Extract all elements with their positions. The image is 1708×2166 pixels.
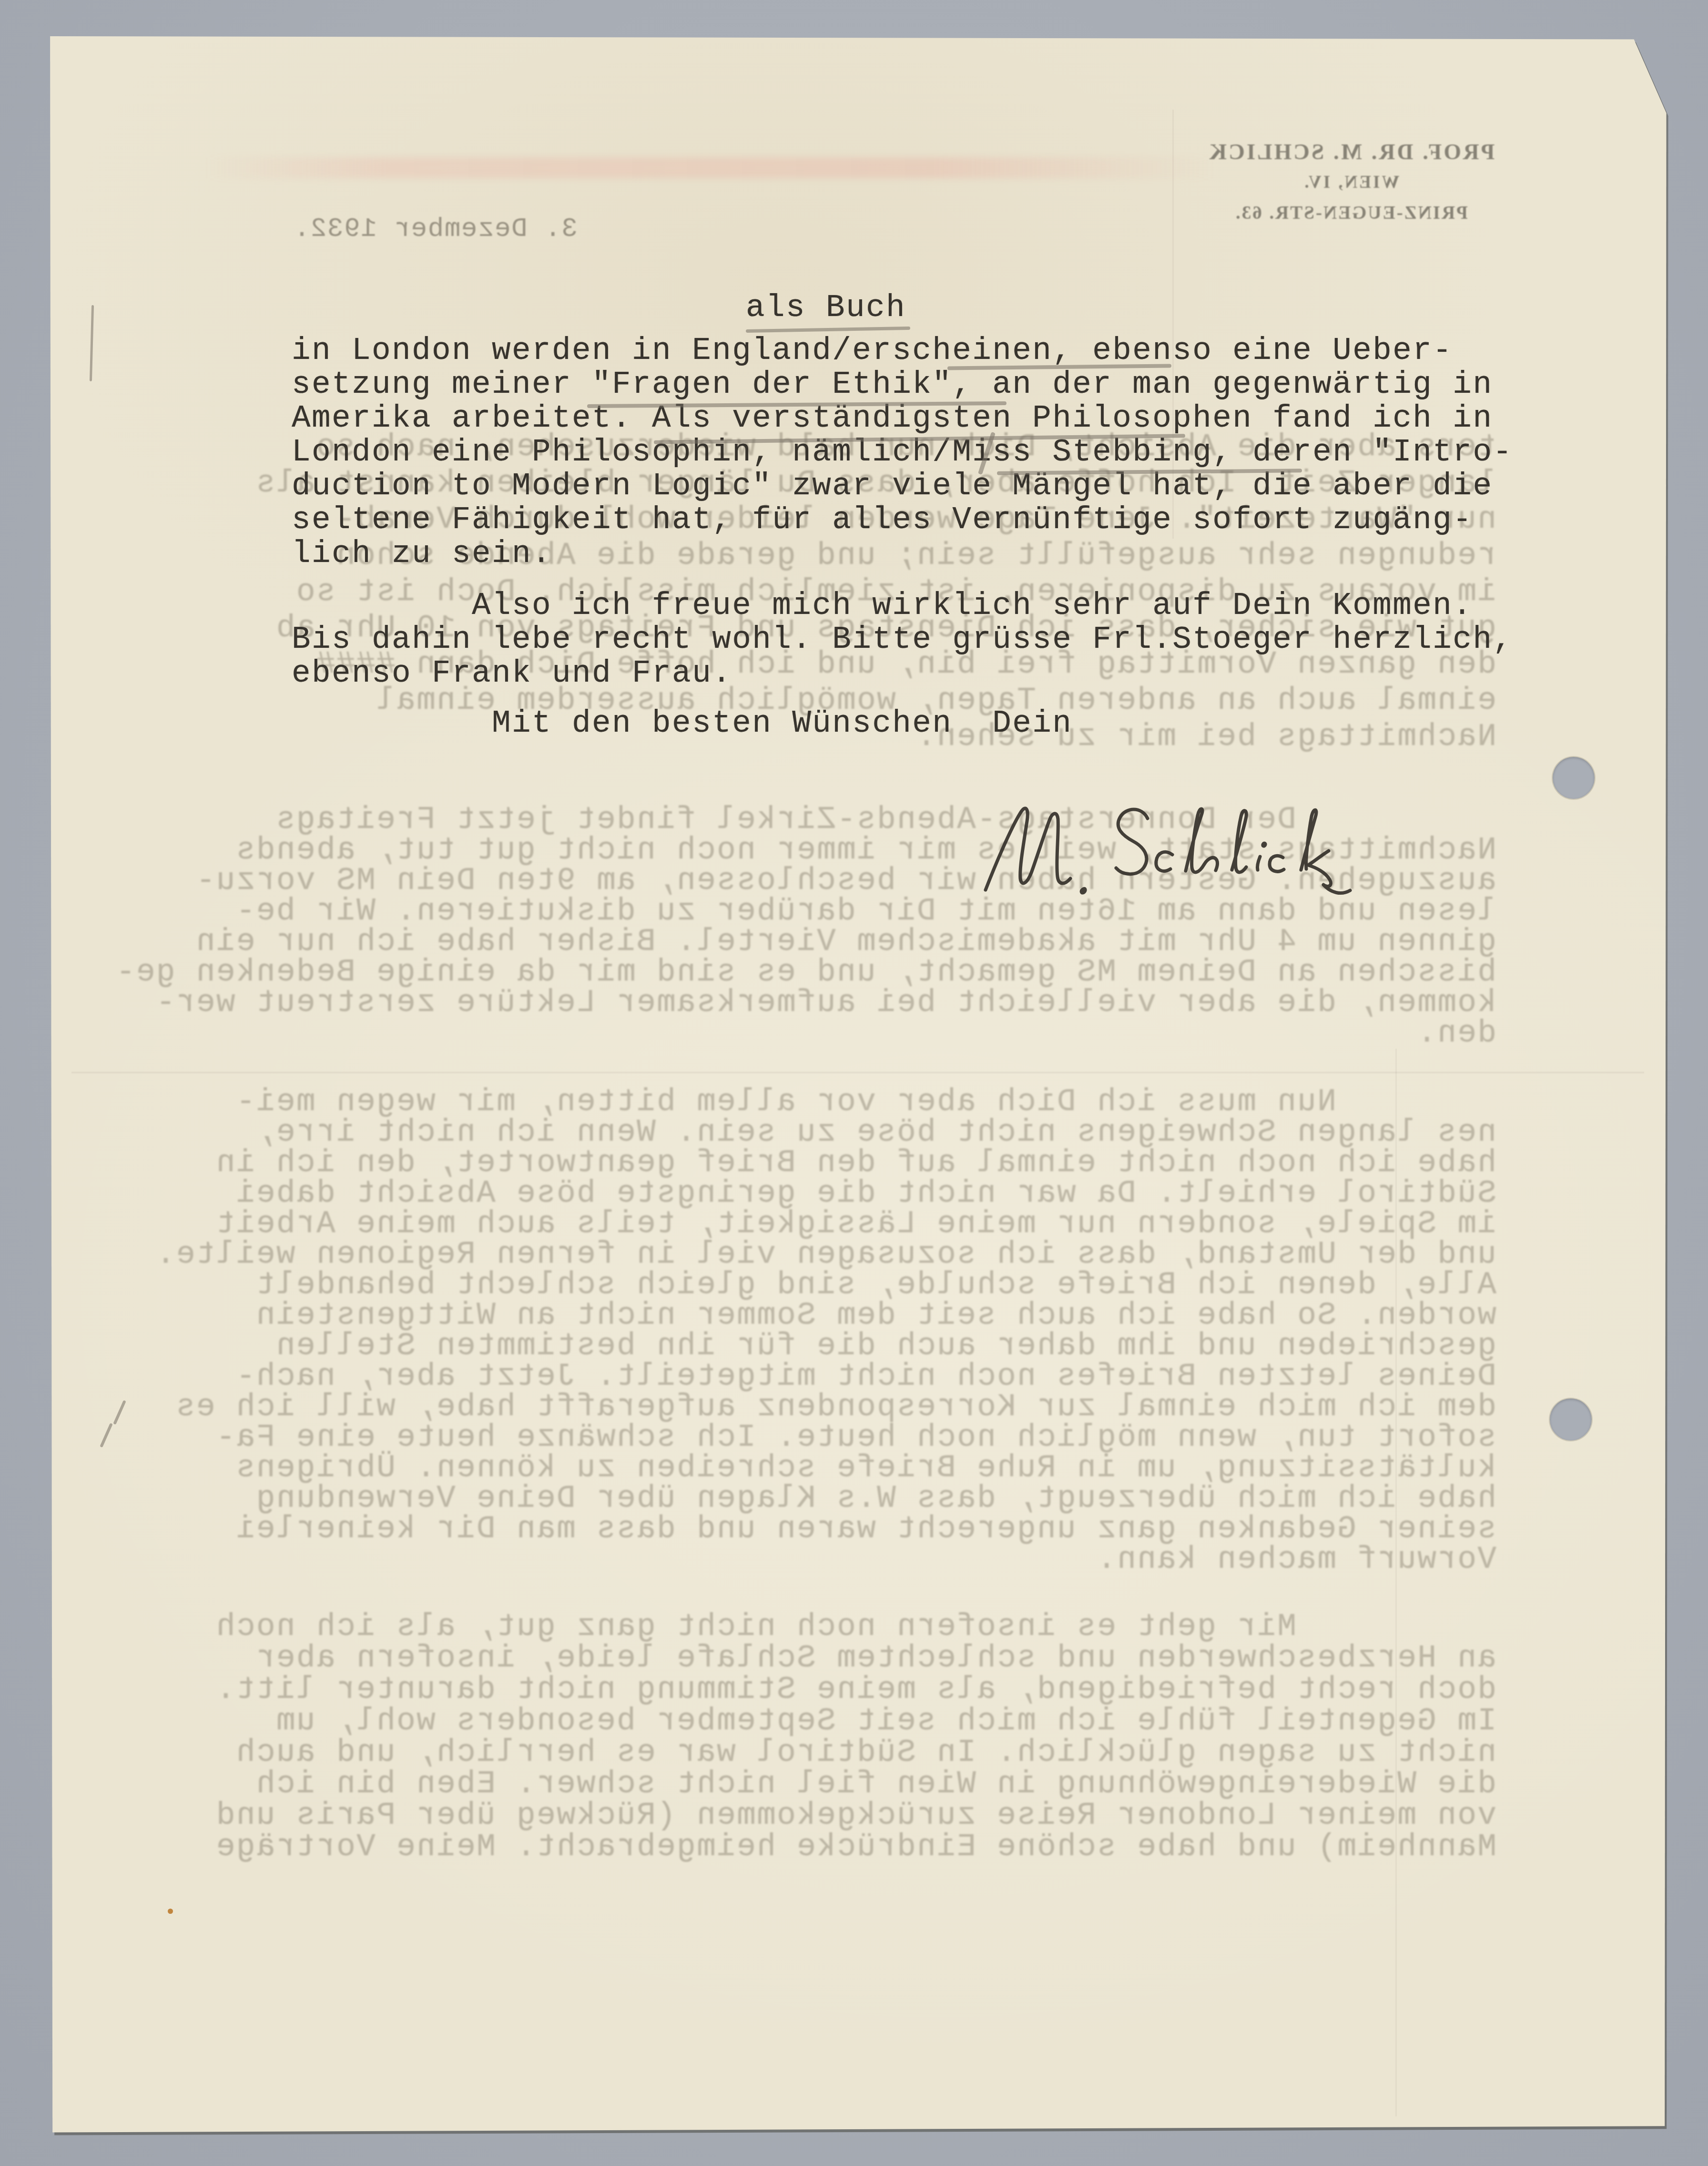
bleed-line: geschrieben und ihm daher auch die für i… bbox=[67, 1331, 1496, 1361]
date-mirrored: 3. Dezember 1932. bbox=[292, 210, 578, 248]
paragraph-2-line: Bis dahin lebe recht wohl. Bitte grüsse … bbox=[292, 623, 1513, 656]
bleed-line: doch recht befriedigend, als meine Stimm… bbox=[67, 1674, 1496, 1706]
paragraph-1-line: lich zu sein. bbox=[292, 537, 1513, 571]
paragraph-2-line: Also ich freue mich wirklich sehr auf De… bbox=[292, 589, 1513, 623]
bleed-line: Mir geht es insofern noch nicht ganz gut… bbox=[67, 1611, 1496, 1643]
paragraph-1-line: seltene Fähigkeit hat, für alles Vernünf… bbox=[292, 503, 1513, 537]
closing-line: Mit den besten Wünschen Dein bbox=[292, 706, 1072, 740]
bleed-block-4: Mir geht es insofern noch nicht ganz gut… bbox=[67, 1611, 1496, 1863]
letterhead-line-1: PROF. DR. M. SCHLICK bbox=[1153, 136, 1549, 168]
signature: M. Schlick bbox=[972, 789, 1353, 925]
insertion-als-buch: als Buch bbox=[746, 290, 906, 326]
paragraph-1-line: Amerika arbeitet. Als verständigsten Phi… bbox=[292, 401, 1513, 435]
bleed-line: im Spiele, sondern nur meine Lässigkeit,… bbox=[67, 1209, 1496, 1239]
stain-dot bbox=[168, 1909, 173, 1914]
paragraph-2: Also ich freue mich wirklich sehr auf De… bbox=[292, 589, 1513, 690]
paragraph-1-line: duction to Modern Logic" zwar viele Mäng… bbox=[292, 469, 1513, 503]
bleed-line: sofort tun, wenn möglich noch heute. Ich… bbox=[67, 1422, 1496, 1453]
bleed-line: den. bbox=[67, 1018, 1496, 1049]
bleed-line: und der Umstand, dass ich sozusagen viel… bbox=[67, 1239, 1496, 1270]
letterhead-mirrored: PROF. DR. M. SCHLICK WIEN, IV. PRINZ-EUG… bbox=[1153, 136, 1549, 229]
letterhead-line-2: WIEN, IV. bbox=[1153, 168, 1549, 197]
punch-hole-bottom bbox=[1550, 1399, 1592, 1441]
bleed-line: Nun muss ich Dich aber vor allem bitten,… bbox=[67, 1087, 1496, 1117]
letterhead-line-3: PRINZ-EUGEN-STR. 63. bbox=[1153, 197, 1549, 229]
bleed-line: Alle, denen ich Briefe schulde, sind gle… bbox=[67, 1270, 1496, 1300]
bleed-line: nicht zu sagen glücklich. In Südtirol wa… bbox=[67, 1737, 1496, 1768]
bleed-line: nes langen Schweigens nicht böse zu sein… bbox=[67, 1117, 1496, 1148]
bleed-line: Deines letzten Briefes noch nicht mitget… bbox=[67, 1361, 1496, 1392]
paragraph-2-line: ebenso Frank und Frau. bbox=[292, 656, 1513, 690]
bleed-line: habe ich mich überzeugt, dass W.s Klagen… bbox=[67, 1483, 1496, 1514]
pink-smear-stain bbox=[205, 157, 1215, 178]
bleed-line: kommen, die aber vielleicht bei aufmerks… bbox=[67, 988, 1496, 1018]
bleed-line: worden. So habe ich auch seit dem Sommer… bbox=[67, 1300, 1496, 1331]
bleed-line: Im Gegenteil fühle ich mich seit Septemb… bbox=[67, 1706, 1496, 1737]
bleed-line: Südtirol erhielt. Da war nicht die gerin… bbox=[67, 1178, 1496, 1209]
paragraph-1-line: setzung meiner "Fragen der Ethik", an de… bbox=[292, 368, 1513, 401]
crease-line bbox=[71, 1072, 1644, 1073]
bleed-line: habe ich noch nicht einmal auf den Brief… bbox=[67, 1148, 1496, 1178]
punch-hole-top bbox=[1553, 757, 1595, 799]
bleed-line: die Wiedereingewöhnung in Wien fiel nich… bbox=[67, 1768, 1496, 1800]
signature-graphic bbox=[972, 789, 1353, 922]
bleed-line: dem ich mich einmal zur Korrespondenz au… bbox=[67, 1392, 1496, 1422]
bleed-line: kultätssitzung, um in Ruhe Briefe schrei… bbox=[67, 1453, 1496, 1483]
bleed-line: Vorwurf machen kann. bbox=[67, 1544, 1496, 1575]
bleed-line: ginnen um 4 Uhr mit akademischem Viertel… bbox=[67, 927, 1496, 957]
bleed-line: Mannheim) und habe schöne Eindrücke heim… bbox=[67, 1831, 1496, 1863]
paragraph-1-line: in London werden in England/erscheinen, … bbox=[292, 334, 1513, 368]
bleed-line: von meiner Londoner Reise zurückgekommen… bbox=[67, 1800, 1496, 1831]
bleed-line: bisschen an Deinem MS gemacht, und es si… bbox=[67, 957, 1496, 988]
bleed-line: seiner Gedanken ganz ungerecht waren und… bbox=[67, 1514, 1496, 1544]
bleed-line: an Herzbeschwerden und schlechtem Schlaf… bbox=[67, 1643, 1496, 1674]
paragraph-1: in London werden in England/erscheinen, … bbox=[292, 334, 1513, 571]
bleed-block-3: Nun muss ich Dich aber vor allem bitten,… bbox=[67, 1087, 1496, 1575]
scan-background: PROF. DR. M. SCHLICK WIEN, IV. PRINZ-EUG… bbox=[0, 0, 1708, 2166]
